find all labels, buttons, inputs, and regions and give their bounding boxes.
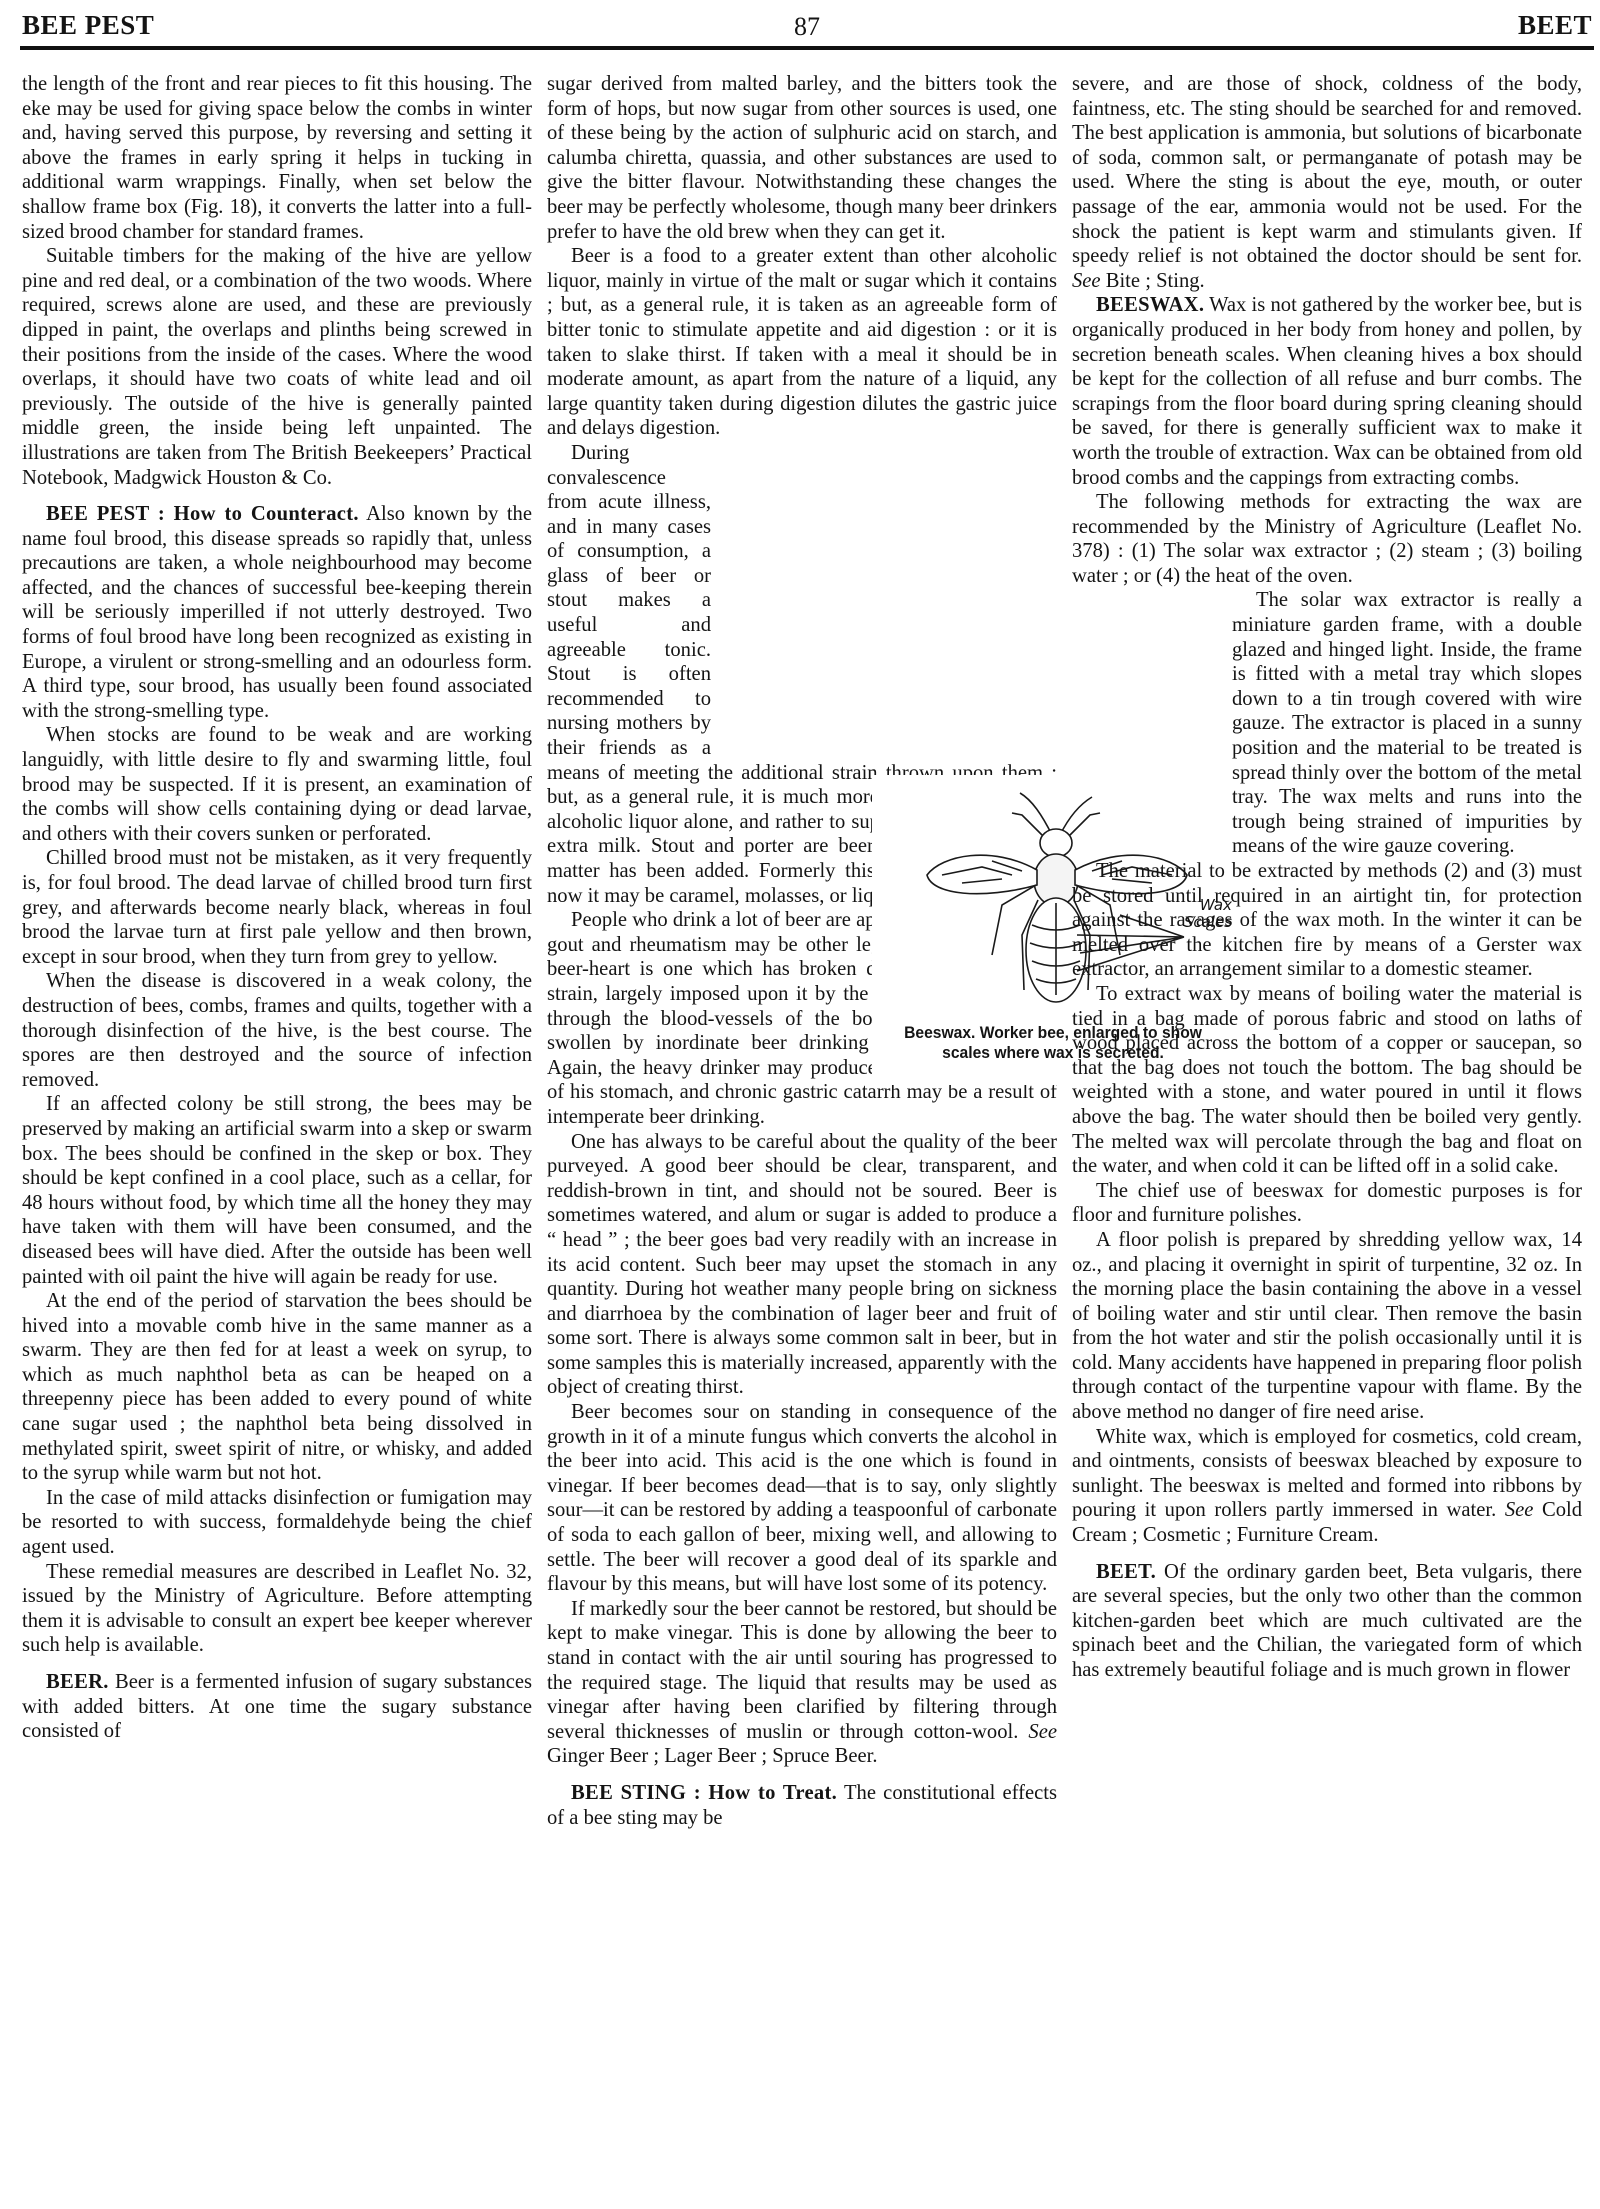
- column-3: severe, and are those of shock, coldness…: [1072, 72, 1582, 1683]
- paragraph: A floor polish is prepared by shredding …: [1072, 1228, 1582, 1425]
- page-number: 87: [20, 12, 1594, 42]
- entry-bee-pest: BEE PEST : How to Counteract. Also known…: [22, 502, 532, 723]
- running-head-right: BEET: [1518, 10, 1592, 41]
- see-also-label: See: [1028, 1721, 1057, 1743]
- entry-beer: BEER. Beer is a fermented infusion of su…: [22, 1670, 532, 1744]
- entry-text: Also known by the name foul brood, this …: [22, 503, 532, 722]
- see-also-label: See: [1072, 270, 1101, 292]
- paragraph: Suitable timbers for the making of the h…: [22, 244, 532, 490]
- paragraph: The chief use of beeswax for domestic pu…: [1072, 1179, 1582, 1228]
- paragraph: Chilled brood must not be mistaken, as i…: [22, 846, 532, 969]
- paragraph: To extract wax by means of boiling water…: [1072, 982, 1582, 1179]
- paragraph: severe, and are those of shock, coldness…: [1072, 72, 1582, 293]
- entry-heading: BEE PEST : How to Counteract.: [46, 503, 359, 525]
- paragraph: In the case of mild attacks disinfection…: [22, 1486, 532, 1560]
- paragraph: Beer becomes sour on standing in consequ…: [547, 1400, 1057, 1597]
- paragraph: If markedly sour the beer cannot be rest…: [547, 1597, 1057, 1769]
- figure: [721, 445, 1061, 745]
- cross-references: Bite ; Sting.: [1101, 270, 1205, 292]
- paragraph: When the disease is discovered in a weak…: [22, 969, 532, 1092]
- paragraph: The material to be extracted by methods …: [1072, 859, 1582, 982]
- paragraph: If an affected colony be still strong, t…: [22, 1092, 532, 1289]
- entry-heading: BEET.: [1096, 1561, 1156, 1583]
- entry-heading: BEE STING : How to Treat.: [571, 1782, 837, 1804]
- paragraph-text: If markedly sour the beer cannot be rest…: [547, 1598, 1057, 1743]
- paragraph: sugar derived from malted barley, and th…: [547, 72, 1057, 244]
- entry-beet: BEET. Of the ordinary garden beet, Beta …: [1072, 1560, 1582, 1683]
- paragraph: White wax, which is employed for cosmeti…: [1072, 1425, 1582, 1548]
- paragraph: Beer is a food to a greater extent than …: [547, 244, 1057, 441]
- entry-bee-sting: BEE STING : How to Treat. The constituti…: [547, 1781, 1057, 1830]
- paragraph: At the end of the period of starvation t…: [22, 1289, 532, 1486]
- figure-wrap-spacer: [1072, 612, 1232, 842]
- running-head: BEE PEST 87 BEET: [20, 8, 1594, 50]
- entry-heading: BEESWAX.: [1096, 294, 1204, 316]
- see-also-label: See: [1505, 1499, 1534, 1521]
- cross-references: Ginger Beer ; Lager Beer ; Spruce Beer.: [547, 1745, 878, 1767]
- paragraph-text: severe, and are those of shock, coldness…: [1072, 73, 1582, 267]
- paragraph: The solar wax extractor is really a mini…: [1072, 588, 1582, 859]
- paragraph: The following methods for extracting the…: [1072, 490, 1582, 588]
- paragraph-text: The solar wax extractor is really a mini…: [1232, 589, 1582, 857]
- paragraph: These remedial measures are described in…: [22, 1560, 532, 1658]
- column-1: the length of the front and rear pieces …: [22, 72, 532, 1744]
- entry-beeswax: BEESWAX. Wax is not gathered by the work…: [1072, 293, 1582, 490]
- paragraph: the length of the front and rear pieces …: [22, 72, 532, 244]
- paragraph: When stocks are found to be weak and are…: [22, 723, 532, 846]
- paragraph: One has always to be careful about the q…: [547, 1130, 1057, 1401]
- entry-heading: BEER.: [46, 1671, 109, 1693]
- entry-text: Wax is not gathered by the worker bee, b…: [1072, 294, 1582, 488]
